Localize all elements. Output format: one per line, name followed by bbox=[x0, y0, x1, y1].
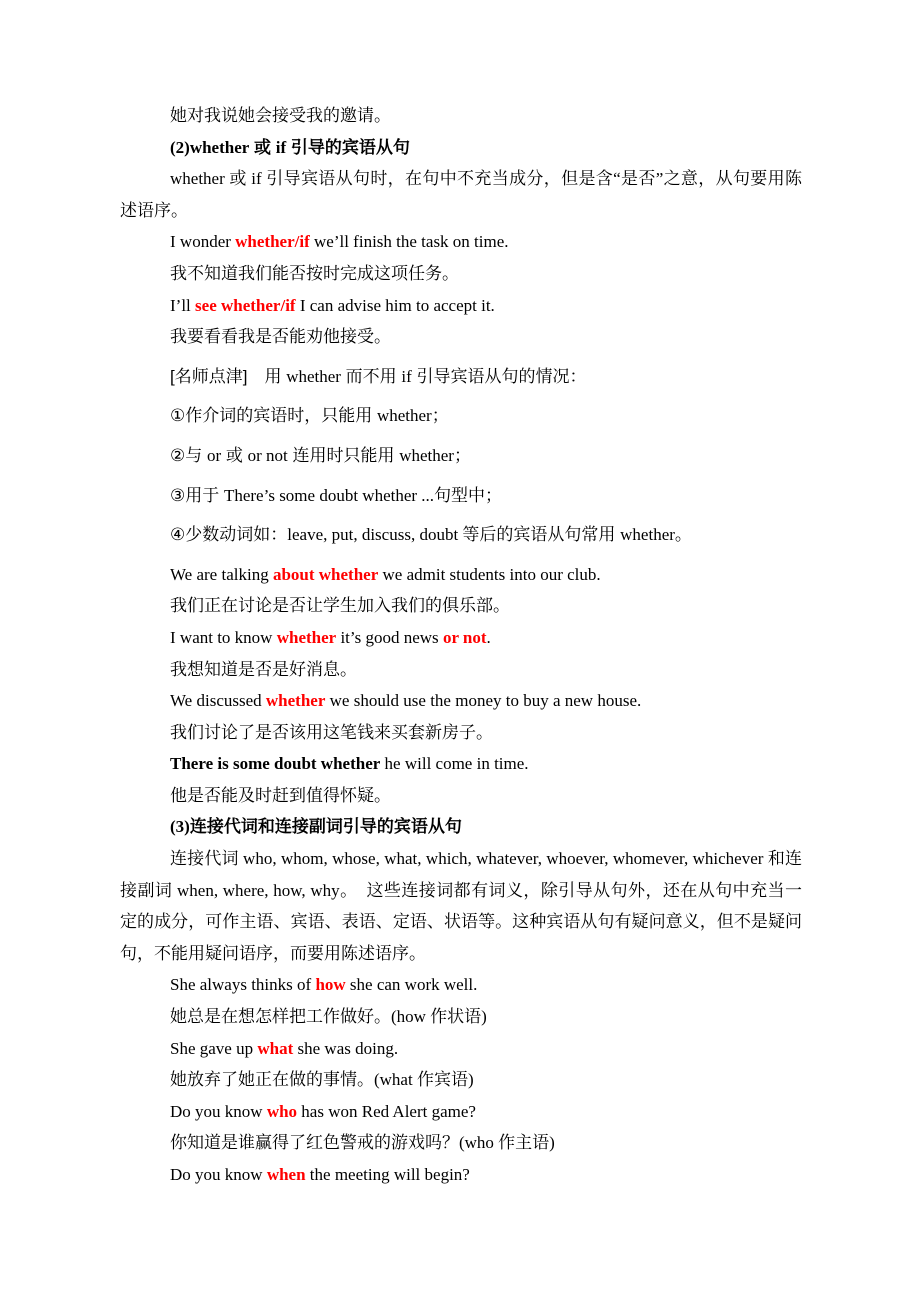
paragraph: 我不知道我们能否按时完成这项任务。 bbox=[120, 258, 802, 290]
text-run: 她总是在想怎样把工作做好。(how 作状语) bbox=[170, 1007, 487, 1026]
text-run: whether/if bbox=[235, 232, 310, 251]
text-run: see whether/if bbox=[195, 296, 296, 315]
text-run: how bbox=[315, 975, 345, 994]
text-run: 她放弃了她正在做的事情。(what 作宾语) bbox=[170, 1070, 474, 1089]
text-run: 而不用 bbox=[341, 367, 401, 386]
paragraph: 她放弃了她正在做的事情。(what 作宾语) bbox=[120, 1064, 802, 1096]
text-run: has won Red Alert game? bbox=[297, 1102, 476, 1121]
text-run: ②与 bbox=[170, 446, 207, 465]
text-run: whether bbox=[399, 446, 454, 465]
text-run: 他是否能及时赶到值得怀疑。 bbox=[170, 786, 391, 805]
text-run: 她对我说她会接受我的邀请。 bbox=[170, 106, 391, 125]
paragraph: She gave up what she was doing. bbox=[120, 1033, 802, 1065]
text-run: or bbox=[207, 446, 221, 465]
text-run: whether bbox=[277, 628, 336, 647]
text-run: 连用时只能用 bbox=[288, 446, 399, 465]
text-run: he will come in time. bbox=[380, 754, 528, 773]
paragraph: 我想知道是否是好消息。 bbox=[120, 654, 802, 686]
text-run: it’s good news bbox=[336, 628, 443, 647]
paragraph: (2)whether 或 if 引导的宾语从句 bbox=[120, 132, 802, 164]
paragraph: We are talking about whether we admit st… bbox=[120, 559, 802, 591]
text-run: 连接代词 who, whom, whose, what, which, what… bbox=[120, 849, 802, 963]
paragraph: I want to know whether it’s good news or… bbox=[120, 622, 802, 654]
paragraph: 她对我说她会接受我的邀请。 bbox=[120, 100, 802, 132]
text-run: whether bbox=[620, 525, 675, 544]
paragraph: (3)连接代词和连接副词引导的宾语从句 bbox=[120, 811, 802, 843]
text-run: when bbox=[267, 1165, 306, 1184]
text-run: 句型中； bbox=[434, 486, 502, 505]
paragraph: 我们讨论了是否该用这笔钱来买套新房子。 bbox=[120, 717, 802, 749]
paragraph: I wonder whether/if we’ll finish the tas… bbox=[120, 226, 802, 258]
paragraph: Do you know who has won Red Alert game? bbox=[120, 1096, 802, 1128]
paragraph: 我们正在讨论是否让学生加入我们的俱乐部。 bbox=[120, 590, 802, 622]
paragraph: Do you know when the meeting will begin? bbox=[120, 1159, 802, 1191]
text-run: Do you know bbox=[170, 1165, 267, 1184]
text-run: who bbox=[267, 1102, 297, 1121]
document-page: 她对我说她会接受我的邀请。(2)whether 或 if 引导的宾语从句whet… bbox=[0, 0, 920, 1302]
text-run: 引导的宾语从句 bbox=[286, 138, 410, 157]
text-run: she was doing. bbox=[293, 1039, 398, 1058]
text-run: or not bbox=[443, 628, 487, 647]
text-run: 。 bbox=[675, 525, 692, 544]
text-run: 等后的宾语从句常用 bbox=[462, 525, 620, 544]
text-run: 我们讨论了是否该用这笔钱来买套新房子。 bbox=[170, 723, 493, 742]
paragraph: I’ll see whether/if I can advise him to … bbox=[120, 290, 802, 322]
text-run: ③用于 bbox=[170, 486, 224, 505]
paragraph: 我要看看我是否能劝他接受。 bbox=[120, 321, 802, 353]
text-run: what bbox=[257, 1039, 293, 1058]
text-run: we admit students into our club. bbox=[378, 565, 600, 584]
text-run: [名师点津] bbox=[170, 367, 247, 386]
text-run: if bbox=[276, 138, 286, 157]
text-run: we should use the money to buy a new hou… bbox=[325, 691, 641, 710]
paragraph: whether 或 if 引导宾语从句时，在句中不充当成分，但是含“是否”之意，… bbox=[120, 163, 802, 226]
text-run: 我们正在讨论是否让学生加入我们的俱乐部。 bbox=[170, 596, 510, 615]
text-run: 引导宾语从句的情况： bbox=[412, 367, 587, 386]
text-run: She gave up bbox=[170, 1039, 257, 1058]
paragraph: ③用于 There’s some doubt whether ...句型中； bbox=[120, 480, 802, 512]
text-run: (2)whether bbox=[170, 138, 249, 157]
text-run: There is some doubt whether bbox=[170, 754, 380, 773]
text-run: I’ll bbox=[170, 296, 195, 315]
text-run: I can advise him to accept it. bbox=[296, 296, 495, 315]
text-run: 或 bbox=[249, 138, 275, 157]
text-run: or not bbox=[248, 446, 288, 465]
paragraph: We discussed whether we should use the m… bbox=[120, 685, 802, 717]
paragraph: 他是否能及时赶到值得怀疑。 bbox=[120, 780, 802, 812]
paragraph: She always thinks of how she can work we… bbox=[120, 969, 802, 1001]
paragraph: There is some doubt whether he will come… bbox=[120, 748, 802, 780]
paragraph: 连接代词 who, whom, whose, what, which, what… bbox=[120, 843, 802, 969]
text-run: if bbox=[401, 367, 411, 386]
text-run: the meeting will begin? bbox=[306, 1165, 470, 1184]
text-run: 我想知道是否是好消息。 bbox=[170, 660, 357, 679]
text-run: We discussed bbox=[170, 691, 266, 710]
text-run: 用 bbox=[247, 367, 286, 386]
text-run: . bbox=[487, 628, 491, 647]
text-run: whether bbox=[286, 367, 341, 386]
paragraph: [名师点津] 用 whether 而不用 if 引导宾语从句的情况： bbox=[120, 361, 802, 393]
text-run: ； bbox=[454, 446, 471, 465]
paragraph: 你知道是谁赢得了红色警戒的游戏吗？(who 作主语) bbox=[120, 1127, 802, 1159]
text-run: I want to know bbox=[170, 628, 277, 647]
text-run: leave, put, discuss, doubt bbox=[287, 525, 462, 544]
text-run: We are talking bbox=[170, 565, 273, 584]
text-run: about whether bbox=[273, 565, 378, 584]
text-run: whether bbox=[266, 691, 325, 710]
text-run: she can work well. bbox=[346, 975, 478, 994]
text-run: 连接代词和连接副词引导的宾语从句 bbox=[190, 817, 462, 836]
text-run: whether bbox=[377, 406, 432, 425]
text-run: 我要看看我是否能劝他接受。 bbox=[170, 327, 391, 346]
paragraph: ④少数动词如：leave, put, discuss, doubt 等后的宾语从… bbox=[120, 519, 802, 551]
text-run: She always thinks of bbox=[170, 975, 315, 994]
text-run: we’ll finish the task on time. bbox=[310, 232, 509, 251]
text-run: whether 或 if 引导宾语从句时，在句中不充当成分，但是含“是否”之意，… bbox=[120, 169, 802, 220]
text-run: 你知道是谁赢得了红色警戒的游戏吗？(who 作主语) bbox=[170, 1133, 555, 1152]
text-run: 或 bbox=[221, 446, 247, 465]
text-run: Do you know bbox=[170, 1102, 267, 1121]
paragraph: 她总是在想怎样把工作做好。(how 作状语) bbox=[120, 1001, 802, 1033]
text-run: 我不知道我们能否按时完成这项任务。 bbox=[170, 264, 459, 283]
text-run: There’s some doubt whether ... bbox=[224, 486, 434, 505]
text-run: I wonder bbox=[170, 232, 235, 251]
text-run: (3) bbox=[170, 817, 190, 836]
text-run: ①作介词的宾语时，只能用 bbox=[170, 406, 377, 425]
paragraph: ①作介词的宾语时，只能用 whether； bbox=[120, 400, 802, 432]
document-body: 她对我说她会接受我的邀请。(2)whether 或 if 引导的宾语从句whet… bbox=[120, 100, 802, 1191]
text-run: ④少数动词如： bbox=[170, 525, 287, 544]
text-run: ； bbox=[432, 406, 449, 425]
paragraph: ②与 or 或 or not 连用时只能用 whether； bbox=[120, 440, 802, 472]
